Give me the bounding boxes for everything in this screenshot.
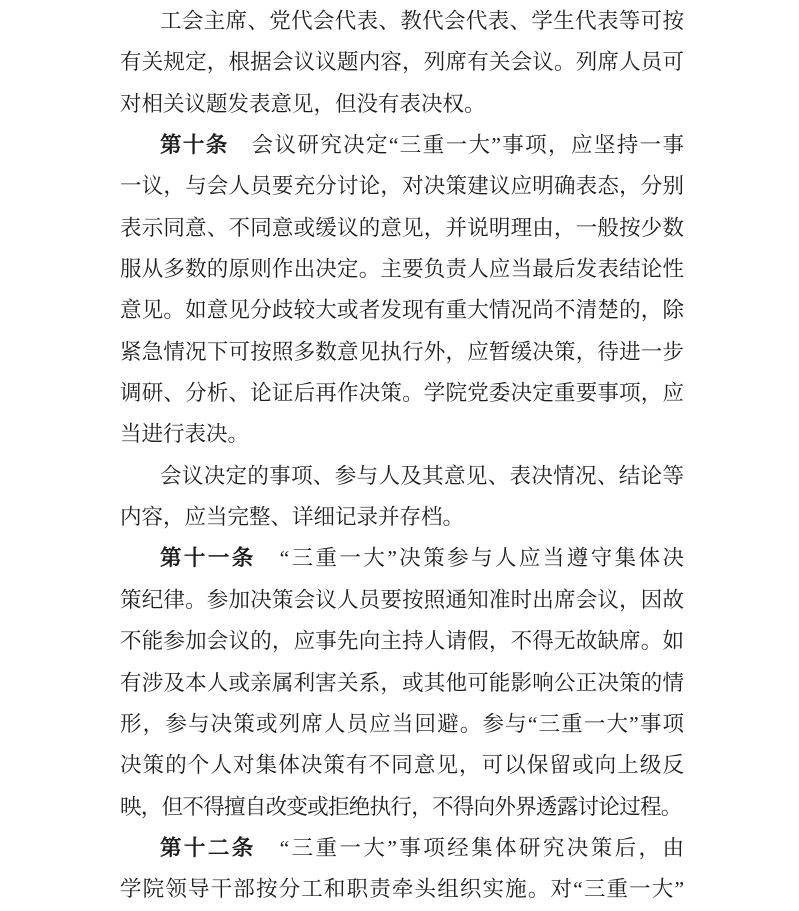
text-segment: “三重一大”事项经集体研究决策后，由 (256, 836, 684, 860)
text-segment: 不能参加会议的，应事先向主持人请假，不得无故缺席。如 (120, 629, 684, 653)
text-segment: 工会主席、党代会代表、教代会代表、学生代表等可按 (160, 9, 684, 33)
text-line: 表示同意、不同意或缓议的意见，并说明理由，一般按少数 (120, 208, 684, 249)
text-line: 不能参加会议的，应事先向主持人请假，不得无故缺席。如 (120, 621, 684, 662)
text-line: 一议，与会人员要充分讨论，对决策建议应明确表态，分别 (120, 166, 684, 207)
text-segment: 内容，应当完整、详细记录并存档。 (120, 505, 464, 529)
text-segment: 当进行表决。 (120, 422, 249, 446)
text-line: 学院领导干部按分工和职责牵头组织实施。对“三重一大” (120, 869, 684, 910)
paragraph: 工会主席、党代会代表、教代会代表、学生代表等可按有关规定，根据会议议题内容，列席… (120, 1, 684, 125)
text-segment: 有关规定，根据会议议题内容，列席有关会议。列席人员可 (120, 50, 684, 74)
article-number: 第十条 (160, 133, 229, 157)
paragraph: 第十一条 “三重一大”决策参与人应当遵守集体决策纪律。参加决策会议人员要按照通知… (120, 538, 684, 827)
paragraph: 第十条 会议研究决定“三重一大”事项，应坚持一事一议，与会人员要充分讨论，对决策… (120, 125, 684, 456)
paragraph: 会议决定的事项、参与人及其意见、表决情况、结论等内容，应当完整、详细记录并存档。 (120, 456, 684, 539)
text-segment: 服从多数的原则作出决定。主要负责人应当最后发表结论性 (120, 257, 684, 281)
text-line: 内容，应当完整、详细记录并存档。 (120, 497, 684, 538)
text-segment: 会议研究决定“三重一大”事项，应坚持一事 (229, 133, 684, 157)
text-segment: 对相关议题发表意见，但没有表决权。 (120, 92, 486, 116)
text-line: 决策的个人对集体决策有不同意见，可以保留或向上级反 (120, 745, 684, 786)
text-line: 形，参与决策或列席人员应当回避。参与“三重一大”事项 (120, 704, 684, 745)
text-line: 第十一条 “三重一大”决策参与人应当遵守集体决 (120, 538, 684, 579)
text-line: 会议决定的事项、参与人及其意见、表决情况、结论等 (120, 456, 684, 497)
text-segment: 学院领导干部按分工和职责牵头组织实施。对“三重一大” (120, 877, 684, 901)
text-segment: 映，但不得擅自改变或拒绝执行，不得向外界透露讨论过程。 (120, 795, 682, 819)
article-number: 第十一条 (160, 546, 256, 570)
text-line: 映，但不得擅自改变或拒绝执行，不得向外界透露讨论过程。 (120, 787, 684, 828)
text-line: 紧急情况下可按照多数意见执行外，应暂缓决策，待进一步 (120, 332, 684, 373)
paragraph: 第十二条 “三重一大”事项经集体研究决策后，由学院领导干部按分工和职责牵头组织实… (120, 828, 684, 911)
text-line: 有涉及本人或亲属利害关系，或其他可能影响公正决策的情 (120, 663, 684, 704)
text-segment: 有涉及本人或亲属利害关系，或其他可能影响公正决策的情 (120, 671, 684, 695)
text-segment: 意见。如意见分歧较大或者发现有重大情况尚不清楚的，除 (120, 298, 684, 322)
article-number: 第十二条 (160, 836, 256, 860)
text-segment: 决策的个人对集体决策有不同意见，可以保留或向上级反 (120, 753, 684, 777)
text-line: 工会主席、党代会代表、教代会代表、学生代表等可按 (120, 1, 684, 42)
text-segment: 形，参与决策或列席人员应当回避。参与“三重一大”事项 (120, 712, 684, 736)
text-line: 调研、分析、论证后再作决策。学院党委决定重要事项，应 (120, 373, 684, 414)
document-body: 工会主席、党代会代表、教代会代表、学生代表等可按有关规定，根据会议议题内容，列席… (120, 1, 684, 911)
text-segment: 紧急情况下可按照多数意见执行外，应暂缓决策，待进一步 (120, 340, 684, 364)
text-segment: 一议，与会人员要充分讨论，对决策建议应明确表态，分别 (120, 174, 684, 198)
document-page: 工会主席、党代会代表、教代会代表、学生代表等可按有关规定，根据会议议题内容，列席… (0, 0, 799, 911)
text-line: 服从多数的原则作出决定。主要负责人应当最后发表结论性 (120, 249, 684, 290)
text-line: 策纪律。参加决策会议人员要按照通知准时出席会议，因故 (120, 580, 684, 621)
text-segment: “三重一大”决策参与人应当遵守集体决 (256, 546, 684, 570)
text-segment: 表示同意、不同意或缓议的意见，并说明理由，一般按少数 (120, 216, 684, 240)
text-line: 第十条 会议研究决定“三重一大”事项，应坚持一事 (120, 125, 684, 166)
text-segment: 会议决定的事项、参与人及其意见、表决情况、结论等 (160, 464, 684, 488)
text-line: 意见。如意见分歧较大或者发现有重大情况尚不清楚的，除 (120, 290, 684, 331)
text-segment: 调研、分析、论证后再作决策。学院党委决定重要事项，应 (120, 381, 684, 405)
text-line: 对相关议题发表意见，但没有表决权。 (120, 84, 684, 125)
text-segment: 策纪律。参加决策会议人员要按照通知准时出席会议，因故 (120, 588, 684, 612)
text-line: 有关规定，根据会议议题内容，列席有关会议。列席人员可 (120, 42, 684, 83)
text-line: 第十二条 “三重一大”事项经集体研究决策后，由 (120, 828, 684, 869)
text-line: 当进行表决。 (120, 414, 684, 455)
